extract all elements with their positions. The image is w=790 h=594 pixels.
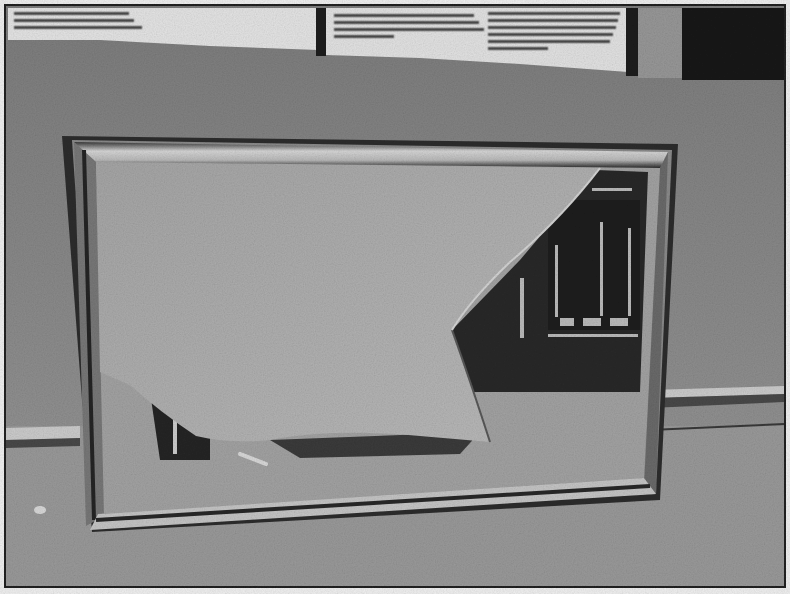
photo [0,0,790,594]
